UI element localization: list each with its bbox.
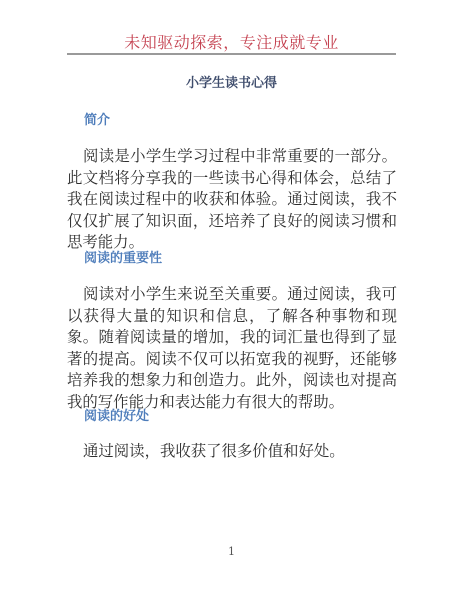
document-page: 未知驱动探索，专注成就专业 小学生读书心得 简介 阅读是小学生学习过程中非常重要…	[0, 0, 463, 600]
section-paragraph-importance: 阅读对小学生来说至关重要。通过阅读，我可以获得大量的知识和信息，了解各种事物和现…	[67, 284, 397, 413]
header-divider	[67, 53, 396, 55]
document-title: 小学生读书心得	[0, 75, 463, 93]
header-slogan: 未知驱动探索，专注成就专业	[0, 33, 463, 53]
section-heading-intro: 简介	[84, 113, 110, 129]
section-paragraph-intro: 阅读是小学生学习过程中非常重要的一部分。此文档将分享我的一些读书心得和体会，总结…	[67, 146, 397, 254]
section-paragraph-benefits: 通过阅读，我收获了很多价值和好处。	[67, 441, 397, 463]
section-heading-importance: 阅读的重要性	[84, 251, 162, 267]
page-number: 1	[0, 545, 463, 558]
section-heading-benefits: 阅读的好处	[84, 409, 149, 425]
